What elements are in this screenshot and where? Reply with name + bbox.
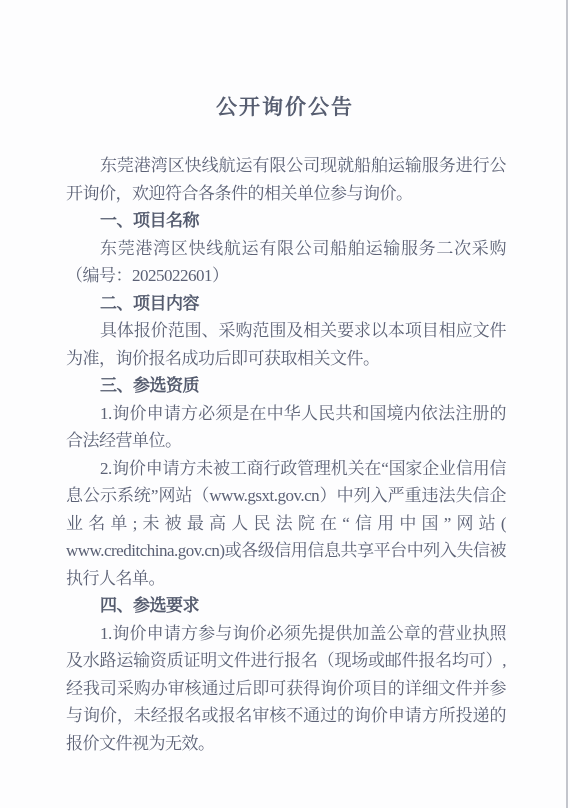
section-2-heading-project-content: 二、项目内容 [66, 290, 506, 318]
section-1-heading-project-name: 一、项目名称 [66, 207, 506, 235]
document-body: 东莞港湾区快线航运有限公司现就船舶运输服务进行公开询价，欢迎符合各条件的相关单位… [66, 152, 506, 757]
scan-edge-line [566, 0, 568, 808]
document-title: 公开询价公告 [0, 92, 570, 122]
section-4-heading-requirements: 四、参选要求 [66, 592, 506, 620]
document-page: 公开询价公告 东莞港湾区快线航运有限公司现就船舶运输服务进行公开询价，欢迎符合各… [0, 0, 570, 808]
intro-paragraph: 东莞港湾区快线航运有限公司现就船舶运输服务进行公开询价，欢迎符合各条件的相关单位… [66, 152, 506, 207]
project-content-paragraph: 具体报价范围、采购范围及相关要求以本项目相应文件为准，询价报名成功后即可获取相关… [66, 317, 506, 372]
qualification-item-1-paragraph: 1.询价申请方必须是在中华人民共和国境内依法注册的合法经营单位。 [66, 400, 506, 455]
section-3-heading-qualification: 三、参选资质 [66, 372, 506, 400]
qualification-item-2-paragraph: 2.询价申请方未被工商行政管理机关在“国家企业信用信息公示系统”网站（www.g… [66, 455, 506, 593]
project-name-paragraph: 东莞港湾区快线航运有限公司船舶运输服务二次采购（编号：2025022601） [66, 235, 506, 290]
requirements-item-1-paragraph: 1.询价申请方参与询价必须先提供加盖公章的营业执照及水路运输资质证明文件进行报名… [66, 620, 506, 758]
